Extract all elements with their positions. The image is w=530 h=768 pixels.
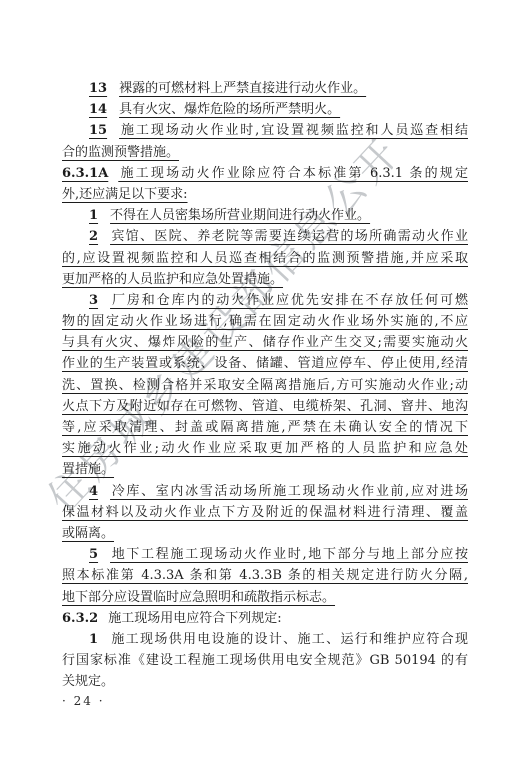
- text-line: 1不得在人员密集场所营业期间进行动火作业。: [62, 205, 468, 226]
- text-line: 地下部分应设置临时应急照明和疏散指示标志。: [62, 587, 468, 608]
- item-number: 3: [89, 293, 110, 308]
- line-text: 保温材料以及动火作业点下方及附近的保温材料进行清理、覆盖: [62, 505, 468, 520]
- text-line: 与具有火灾、爆炸风险的生产、储存作业产生交叉;需要实施动火: [62, 332, 468, 353]
- text-line: 2宾馆、医院、养老院等需要连续运营的场所确需动火作业: [62, 226, 468, 247]
- text-line: 洗、置换、检测合格并采取安全隔离措施后,方可实施动火作业;动: [62, 375, 468, 396]
- text-line: 的,应设置视频监控和人员巡查相结合的监测预警措施,并应采取: [62, 248, 468, 269]
- line-text: 裸露的可燃材料上严禁直接进行动火作业。: [119, 81, 366, 96]
- clause-number: 6.3.1A: [62, 166, 118, 181]
- line-text: 洗、置换、检测合格并采取安全隔离措施后,方可实施动火作业;动: [62, 378, 468, 393]
- line-text: 施工现场动火作业除应符合本标准第 6.3.1 条的规定: [118, 166, 468, 181]
- text-line: 1施工现场供用电设施的设计、施工、运行和维护应符合现: [62, 629, 468, 650]
- text-line: 行国家标准《建设工程施工现场供用电安全规范》GB 50194 的有: [62, 650, 468, 671]
- text-line: 13裸露的可燃材料上严禁直接进行动火作业。: [62, 78, 468, 99]
- line-text: 合的监测预警措施。: [62, 145, 179, 160]
- line-text: 置措施。: [62, 462, 114, 477]
- text-line: 4冷库、室内冰雪活动场所施工现场动火作业前,应对进场: [62, 481, 468, 502]
- line-text: 或隔离。: [62, 526, 114, 541]
- line-text: 与具有火灾、爆炸风险的生产、储存作业产生交叉;需要实施动火: [62, 335, 468, 350]
- item-number: 1: [89, 632, 110, 647]
- line-text: 火点下方及附近如存在可燃物、管道、电缆桥架、孔洞、窨井、地沟: [62, 399, 468, 414]
- text-line: 6.3.1A施工现场动火作业除应符合本标准第 6.3.1 条的规定: [62, 163, 468, 184]
- item-number: 15: [89, 123, 119, 138]
- text-line: 保温材料以及动火作业点下方及附近的保温材料进行清理、覆盖: [62, 502, 468, 523]
- text-line: 6.3.2施工现场用电应符合下列规定:: [62, 608, 468, 629]
- line-text: 关规定。: [62, 674, 114, 689]
- line-text: 宾馆、医院、养老院等需要连续运营的场所确需动火作业: [110, 229, 468, 244]
- line-text: 行国家标准《建设工程施工现场供用电安全规范》GB 50194 的有: [62, 653, 468, 668]
- text-line: 5地下工程施工现场动火作业时,地下部分与地上部分应按: [62, 544, 468, 565]
- item-number: 5: [89, 547, 110, 562]
- page-number: · 24 ·: [62, 694, 105, 708]
- text-line: 实施动火作业;动火作业应采取更加严格的人员监护和应急处: [62, 438, 468, 459]
- line-text: 更加严格的人员监护和应急处置措施。: [62, 272, 283, 287]
- line-text: 的,应设置视频监控和人员巡查相结合的监测预警措施,并应采取: [62, 251, 468, 266]
- line-text: 施工现场用电应符合下列规定:: [108, 611, 281, 626]
- line-text: 施工现场供用电设施的设计、施工、运行和维护应符合现: [110, 632, 468, 647]
- document-page: 住房城乡建设部信息公开 13裸露的可燃材料上严禁直接进行动火作业。14具有火灾、…: [0, 0, 530, 768]
- line-text: 地下部分应设置临时应急照明和疏散指示标志。: [62, 590, 335, 605]
- line-text: 不得在人员密集场所营业期间进行动火作业。: [110, 208, 370, 223]
- clause-number: 6.3.2: [62, 611, 108, 626]
- line-text: 物的固定动火作业场进行,确需在固定动火作业场外实施的,不应: [62, 314, 468, 329]
- text-line: 作业的生产装置或系统、设备、储罐、管道应停车、停止使用,经清: [62, 353, 468, 374]
- text-line: 更加严格的人员监护和应急处置措施。: [62, 269, 468, 290]
- text-line: 等,应采取清理、封盖或隔离措施,严禁在未确认安全的情况下: [62, 417, 468, 438]
- line-text: 作业的生产装置或系统、设备、储罐、管道应停车、停止使用,经清: [62, 356, 468, 371]
- text-line: 物的固定动火作业场进行,确需在固定动火作业场外实施的,不应: [62, 311, 468, 332]
- text-line: 外,还应满足以下要求:: [62, 184, 468, 205]
- line-text: 等,应采取清理、封盖或隔离措施,严禁在未确认安全的情况下: [62, 420, 468, 435]
- line-text: 实施动火作业;动火作业应采取更加严格的人员监护和应急处: [62, 441, 468, 456]
- text-line: 关规定。: [62, 671, 468, 692]
- text-line: 或隔离。: [62, 523, 468, 544]
- text-line: 15施工现场动火作业时,宜设置视频监控和人员巡查相结: [62, 120, 468, 141]
- item-number: 2: [89, 229, 110, 244]
- line-text: 外,还应满足以下要求:: [62, 187, 188, 202]
- text-line: 置措施。: [62, 459, 468, 480]
- line-text: 施工现场动火作业时,宜设置视频监控和人员巡查相结: [119, 123, 468, 138]
- text-line: 火点下方及附近如存在可燃物、管道、电缆桥架、孔洞、窨井、地沟: [62, 396, 468, 417]
- item-number: 4: [89, 484, 110, 499]
- text-line: 3厂房和仓库内的动火作业应优先安排在不存放任何可燃: [62, 290, 468, 311]
- item-number: 1: [89, 208, 110, 223]
- line-text: 具有火灾、爆炸危险的场所严禁明火。: [119, 102, 340, 117]
- line-text: 照本标准第 4.3.3A 条和第 4.3.3B 条的相关规定进行防火分隔,: [62, 568, 468, 583]
- item-number: 14: [89, 102, 119, 117]
- line-text: 厂房和仓库内的动火作业应优先安排在不存放任何可燃: [110, 293, 468, 308]
- line-text: 冷库、室内冰雪活动场所施工现场动火作业前,应对进场: [110, 484, 468, 499]
- item-number: 13: [89, 81, 119, 96]
- page-content: 13裸露的可燃材料上严禁直接进行动火作业。14具有火灾、爆炸危险的场所严禁明火。…: [62, 78, 468, 692]
- text-line: 照本标准第 4.3.3A 条和第 4.3.3B 条的相关规定进行防火分隔,: [62, 565, 468, 586]
- text-line: 14具有火灾、爆炸危险的场所严禁明火。: [62, 99, 468, 120]
- line-text: 地下工程施工现场动火作业时,地下部分与地上部分应按: [110, 547, 468, 562]
- text-line: 合的监测预警措施。: [62, 142, 468, 163]
